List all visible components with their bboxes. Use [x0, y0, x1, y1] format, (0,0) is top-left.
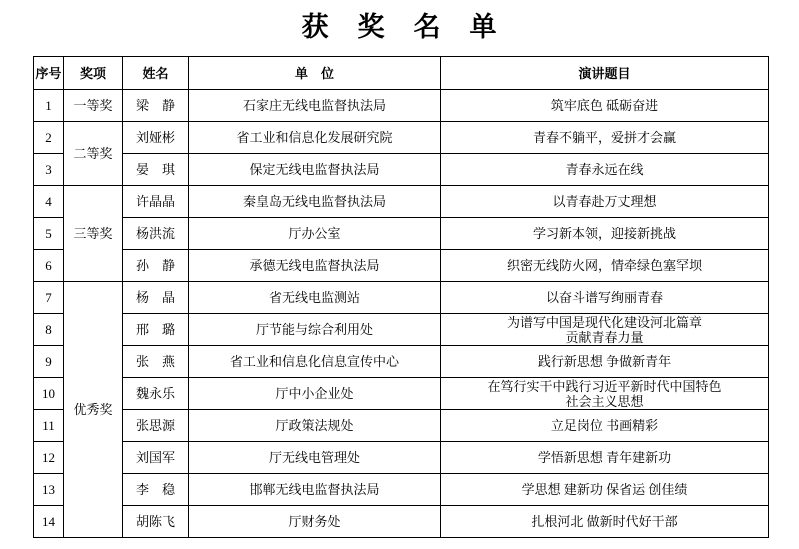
cell-no: 6 — [34, 250, 64, 282]
cell-topic: 为谱写中国是现代化建设河北篇章 贡献青春力量 — [441, 314, 769, 346]
col-header-unit: 单 位 — [189, 57, 441, 90]
cell-name: 梁 静 — [123, 90, 189, 122]
cell-topic: 筑牢底色 砥砺奋进 — [441, 90, 769, 122]
cell-name: 杨 晶 — [123, 282, 189, 314]
cell-name: 张 燕 — [123, 346, 189, 378]
award-table: 序号 奖项 姓名 单 位 演讲题目 1 一等奖 梁 静 石家庄无线电监督执法局 … — [33, 56, 769, 538]
cell-no: 13 — [34, 474, 64, 506]
table-row: 11 张思源 厅政策法规处 立足岗位 书画精彩 — [34, 410, 769, 442]
table-row: 3 晏 琪 保定无线电监督执法局 青春永远在线 — [34, 154, 769, 186]
table-row: 13 李 稳 邯郸无线电监督执法局 学思想 建新功 保省运 创佳绩 — [34, 474, 769, 506]
table-row: 2 二等奖 刘娅彬 省工业和信息化发展研究院 青春不躺平，爱拼才会赢 — [34, 122, 769, 154]
table-row: 4 三等奖 许晶晶 秦皇岛无线电监督执法局 以青春赴万丈理想 — [34, 186, 769, 218]
cell-topic: 学习新本领，迎接新挑战 — [441, 218, 769, 250]
cell-unit: 省工业和信息化信息宣传中心 — [189, 346, 441, 378]
cell-unit: 保定无线电监督执法局 — [189, 154, 441, 186]
cell-no: 7 — [34, 282, 64, 314]
cell-unit: 省工业和信息化发展研究院 — [189, 122, 441, 154]
cell-unit: 秦皇岛无线电监督执法局 — [189, 186, 441, 218]
page-title: 获 奖 名 单 — [0, 0, 799, 44]
cell-topic: 立足岗位 书画精彩 — [441, 410, 769, 442]
col-header-award: 奖项 — [64, 57, 123, 90]
cell-no: 12 — [34, 442, 64, 474]
cell-name: 刘国军 — [123, 442, 189, 474]
table-row: 6 孙 静 承德无线电监督执法局 织密无线防火网，情牵绿色塞罕坝 — [34, 250, 769, 282]
table-row: 14 胡陈飞 厅财务处 扎根河北 做新时代好干部 — [34, 506, 769, 538]
table-row: 5 杨洪流 厅办公室 学习新本领，迎接新挑战 — [34, 218, 769, 250]
cell-no: 10 — [34, 378, 64, 410]
cell-unit: 厅财务处 — [189, 506, 441, 538]
cell-no: 9 — [34, 346, 64, 378]
cell-no: 2 — [34, 122, 64, 154]
table-row: 12 刘国军 厅无线电管理处 学悟新思想 青年建新功 — [34, 442, 769, 474]
cell-name: 晏 琪 — [123, 154, 189, 186]
cell-no: 3 — [34, 154, 64, 186]
cell-name: 李 稳 — [123, 474, 189, 506]
col-header-name: 姓名 — [123, 57, 189, 90]
cell-award-second-prize: 二等奖 — [64, 122, 123, 186]
cell-unit: 厅无线电管理处 — [189, 442, 441, 474]
cell-unit: 厅办公室 — [189, 218, 441, 250]
cell-unit: 厅政策法规处 — [189, 410, 441, 442]
cell-unit: 省无线电监测站 — [189, 282, 441, 314]
cell-no: 14 — [34, 506, 64, 538]
cell-unit: 邯郸无线电监督执法局 — [189, 474, 441, 506]
cell-unit: 承德无线电监督执法局 — [189, 250, 441, 282]
table-row: 8 邢 璐 厅节能与综合利用处 为谱写中国是现代化建设河北篇章 贡献青春力量 — [34, 314, 769, 346]
table-row: 9 张 燕 省工业和信息化信息宣传中心 践行新思想 争做新青年 — [34, 346, 769, 378]
cell-no: 5 — [34, 218, 64, 250]
cell-unit: 厅中小企业处 — [189, 378, 441, 410]
cell-topic: 青春不躺平，爱拼才会赢 — [441, 122, 769, 154]
cell-no: 8 — [34, 314, 64, 346]
cell-name: 魏永乐 — [123, 378, 189, 410]
cell-topic: 践行新思想 争做新青年 — [441, 346, 769, 378]
cell-topic: 以奋斗谱写绚丽青春 — [441, 282, 769, 314]
document-page: 获 奖 名 单 序号 奖项 姓名 单 位 演讲题目 1 一等奖 梁 静 石家庄无… — [0, 0, 799, 549]
table-row: 10 魏永乐 厅中小企业处 在笃行实干中践行习近平新时代中国特色 社会主义思想 — [34, 378, 769, 410]
cell-no: 11 — [34, 410, 64, 442]
cell-award-excellence-prize: 优秀奖 — [64, 282, 123, 538]
table-row: 1 一等奖 梁 静 石家庄无线电监督执法局 筑牢底色 砥砺奋进 — [34, 90, 769, 122]
cell-unit: 石家庄无线电监督执法局 — [189, 90, 441, 122]
cell-topic: 学悟新思想 青年建新功 — [441, 442, 769, 474]
cell-name: 孙 静 — [123, 250, 189, 282]
cell-topic: 学思想 建新功 保省运 创佳绩 — [441, 474, 769, 506]
cell-topic: 在笃行实干中践行习近平新时代中国特色 社会主义思想 — [441, 378, 769, 410]
col-header-no: 序号 — [34, 57, 64, 90]
cell-award-first-prize: 一等奖 — [64, 90, 123, 122]
cell-award-third-prize: 三等奖 — [64, 186, 123, 282]
cell-unit: 厅节能与综合利用处 — [189, 314, 441, 346]
cell-name: 许晶晶 — [123, 186, 189, 218]
cell-topic: 织密无线防火网，情牵绿色塞罕坝 — [441, 250, 769, 282]
cell-name: 杨洪流 — [123, 218, 189, 250]
header-row: 序号 奖项 姓名 单 位 演讲题目 — [34, 57, 769, 90]
cell-no: 4 — [34, 186, 64, 218]
cell-name: 胡陈飞 — [123, 506, 189, 538]
cell-name: 张思源 — [123, 410, 189, 442]
cell-no: 1 — [34, 90, 64, 122]
cell-topic: 青春永远在线 — [441, 154, 769, 186]
cell-topic: 以青春赴万丈理想 — [441, 186, 769, 218]
table-row: 7 优秀奖 杨 晶 省无线电监测站 以奋斗谱写绚丽青春 — [34, 282, 769, 314]
cell-name: 刘娅彬 — [123, 122, 189, 154]
col-header-topic: 演讲题目 — [441, 57, 769, 90]
cell-topic: 扎根河北 做新时代好干部 — [441, 506, 769, 538]
cell-name: 邢 璐 — [123, 314, 189, 346]
